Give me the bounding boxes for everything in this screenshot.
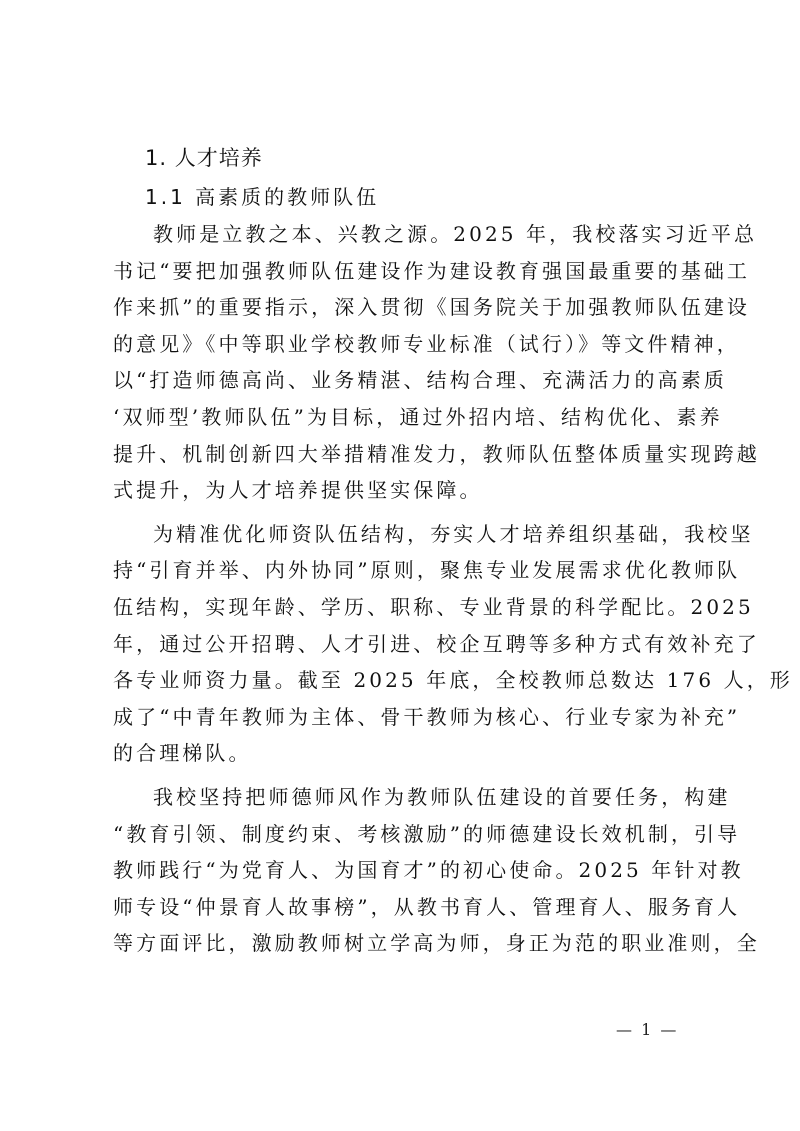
page-number: — 1 — [616,1020,678,1039]
text-line: “教育引领、制度约束、考核激励”的师德建设长效机制，引导 [113,816,693,853]
document-page: 1. 人才培养 1.1 高素质的教师队伍 教师是立教之本、兴教之源。2025 年… [0,0,800,1131]
text-line: 教师是立教之本、兴教之源。2025 年，我校落实习近平总 [113,216,693,253]
text-line: 我校坚持把师德师风作为教师队伍建设的首要任务，构建 [113,779,693,816]
text-line: 师专设“仲景育人故事榜”，从教书育人、管理育人、服务育人 [113,889,693,926]
text-line: 伍结构，实现年龄、学历、职称、专业背景的科学配比。2025 [113,589,693,626]
text-line: ‘双师型’教师队伍”为目标，通过外招内培、结构优化、素养 [113,399,693,436]
text-line: 为精准优化师资队伍结构，夯实人才培养组织基础，我校坚 [113,516,693,553]
page-content: 1. 人才培养 1.1 高素质的教师队伍 教师是立教之本、兴教之源。2025 年… [113,143,693,969]
subsection-heading-teacher-team: 1.1 高素质的教师队伍 [145,182,693,212]
text-line: 提升、机制创新四大举措精准发力，教师队伍整体质量实现跨越 [113,436,693,473]
text-line: 年，通过公开招聘、人才引进、校企互聘等多种方式有效补充了 [113,626,693,663]
text-line: 持“引育并举、内外协同”原则，聚焦专业发展需求优化教师队 [113,552,693,589]
text-line: 以“打造师德高尚、业务精湛、结构合理、充满活力的高素质 [113,362,693,399]
paragraph-team-structure: 为精准优化师资队伍结构，夯实人才培养组织基础，我校坚 持“引育并举、内外协同”原… [113,516,693,772]
paragraph-teacher-ethics: 我校坚持把师德师风作为教师队伍建设的首要任务，构建 “教育引领、制度约束、考核激… [113,779,693,962]
text-line: 各专业师资力量。截至 2025 年底，全校教师总数达 176 人，形 [113,662,693,699]
text-line: 教师践行“为党育人、为国育才”的初心使命。2025 年针对教 [113,852,693,889]
text-line: 的意见》《中等职业学校教师专业标准（试行）》等文件精神， [113,326,693,363]
paragraph-intro: 教师是立教之本、兴教之源。2025 年，我校落实习近平总 书记“要把加强教师队伍… [113,216,693,509]
text-line: 作来抓”的重要指示，深入贯彻《国务院关于加强教师队伍建设 [113,289,693,326]
text-line: 等方面评比，激励教师树立学高为师，身正为范的职业准则，全 [113,925,693,962]
text-line: 的合理梯队。 [113,735,693,772]
text-line: 书记“要把加强教师队伍建设作为建设教育强国最重要的基础工 [113,253,693,290]
text-line: 成了“中青年教师为主体、骨干教师为核心、行业专家为补充” [113,699,693,736]
text-line: 式提升，为人才培养提供坚实保障。 [113,472,693,509]
section-heading-talent-cultivation: 1. 人才培养 [145,143,693,173]
